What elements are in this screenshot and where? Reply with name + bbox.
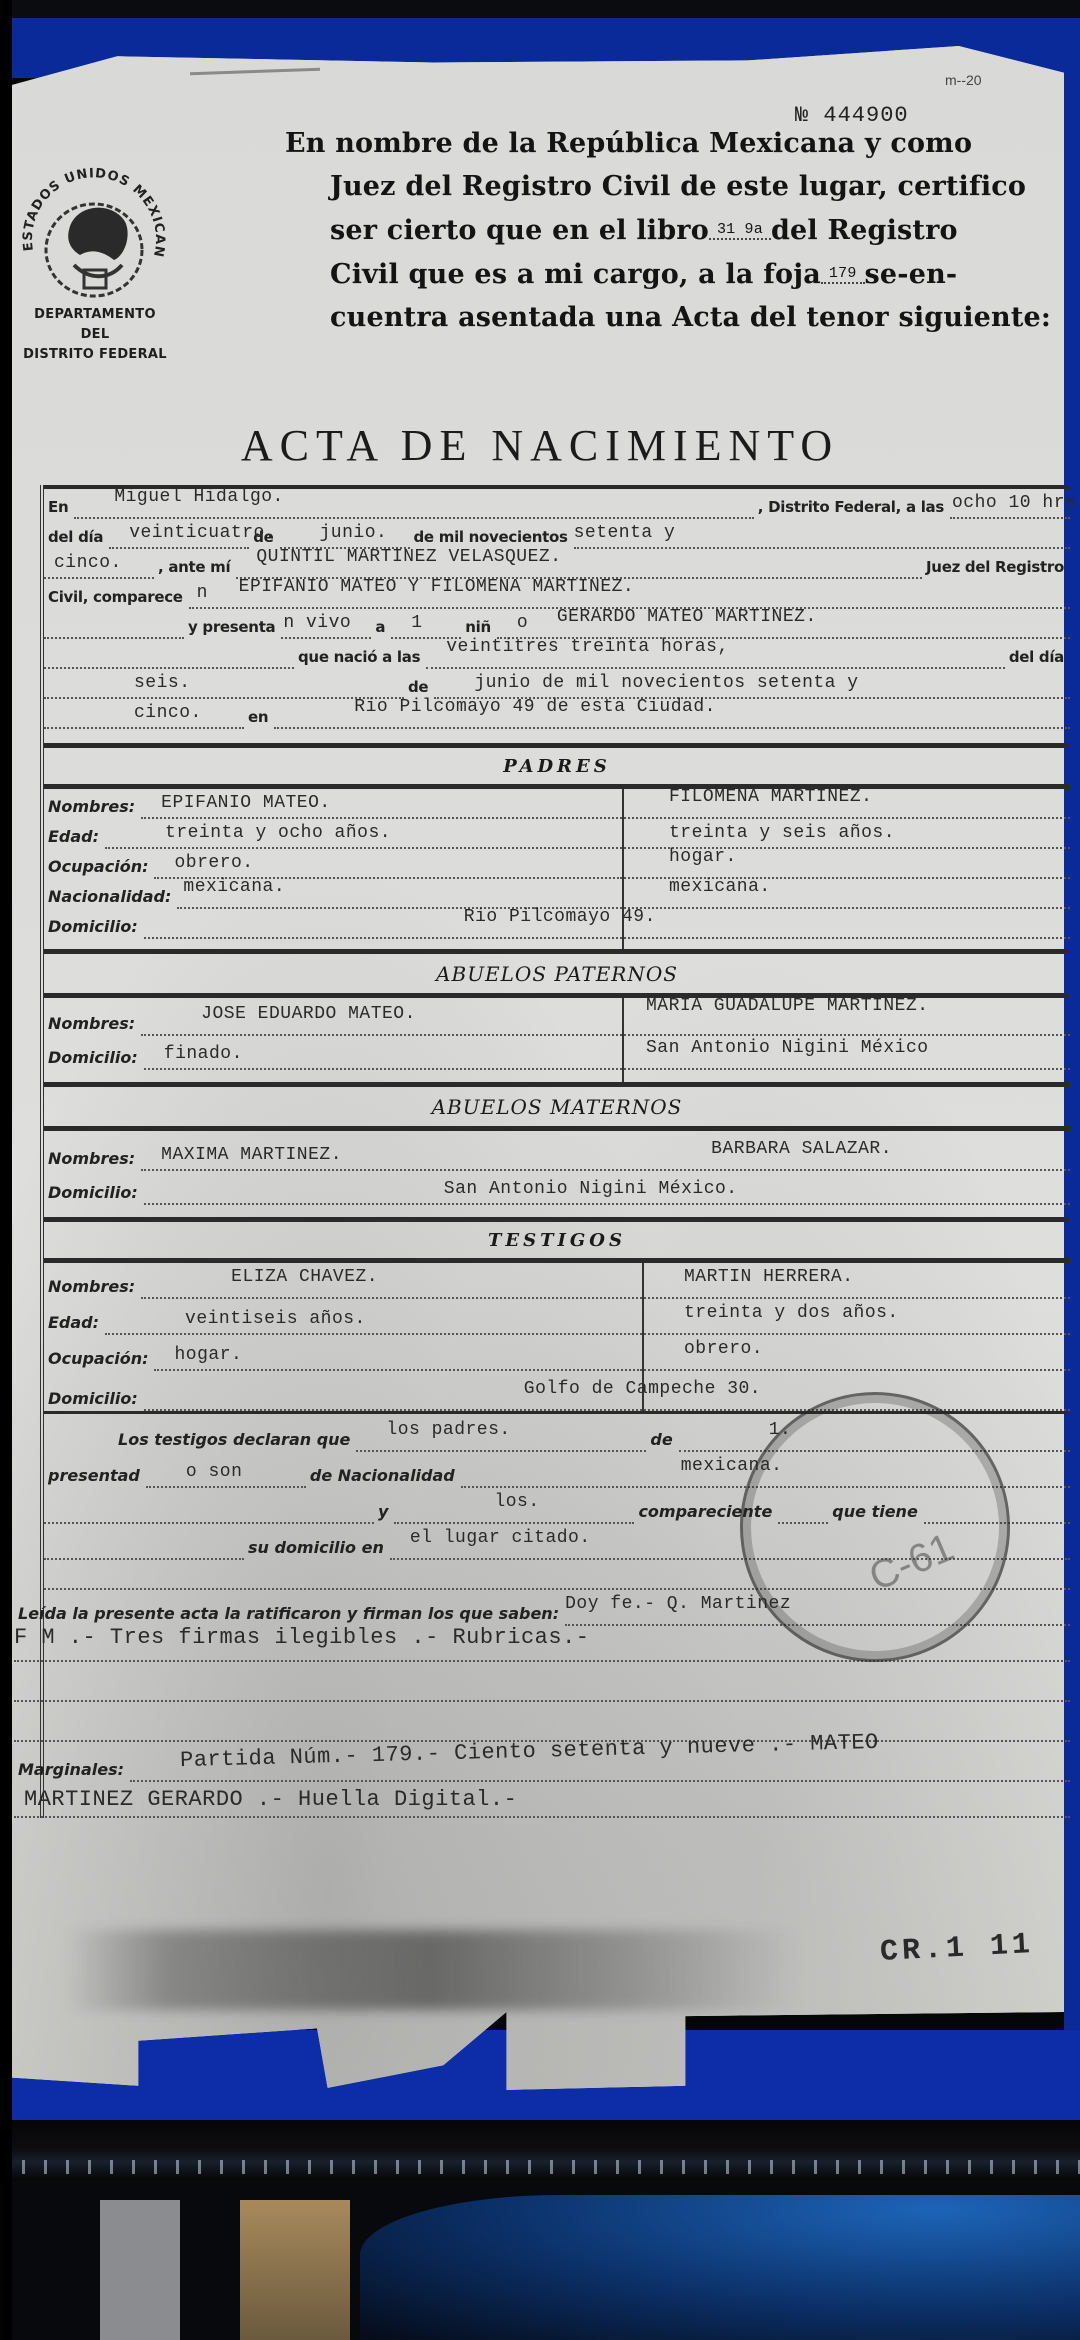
- row-hora-nacimiento: que nació a las veintitres treinta horas…: [44, 639, 1070, 669]
- libro-value: 31 9a: [709, 221, 771, 240]
- row-marginales-2: MARTINEZ GERARDO .- Huella Digital.-: [14, 1782, 1070, 1818]
- department-label: DEPARTAMENTO DEL DISTRITO FEDERAL: [0, 305, 190, 365]
- row-lugar: En Miguel Hidalgo. , Distrito Federal, a…: [44, 489, 1070, 519]
- intro-paragraph: En nombre de la República Mexicana y com…: [285, 122, 1045, 339]
- comparecientes-value: EPIFANIO MATEO Y FILOMENA MARTINEZ.: [239, 577, 635, 597]
- background-grey-object: [100, 2200, 180, 2340]
- row-dia-registro: del día veinticuatro. de junio. de mil n…: [44, 519, 1070, 549]
- background-rail-highlights: [0, 2160, 1080, 2174]
- mexican-coat-of-arms-seal-icon: ESTADOS UNIDOS MEXICANOS: [14, 160, 174, 310]
- padre-nombre: EPIFANIO MATEO.: [161, 793, 331, 813]
- background-wood-object: [240, 2200, 350, 2340]
- section-testigos: TESTIGOS: [44, 1217, 1070, 1263]
- corner-note: m--20: [945, 72, 982, 88]
- row-presenta: y presenta n vivo a 1 niñ oGERARDO MATEO…: [44, 609, 1070, 639]
- row-fecha-nacimiento: seis. de junio de mil novecientos setent…: [44, 669, 1070, 699]
- section-padres: PADRES: [44, 743, 1070, 789]
- section-abuelos-maternos: ABUELOS MATERNOS: [44, 1082, 1070, 1131]
- madre-nombre: FILOMENA MARTINEZ.: [669, 787, 872, 807]
- testigos-table: Nombres:ELIZA CHAVEZ. Edad:veintiseis añ…: [44, 1263, 1070, 1411]
- section-abuelos-paternos: ABUELOS PATERNOS: [44, 949, 1070, 998]
- row-comparece: Civil, comparece nEPIFANIO MATEO Y FILOM…: [44, 579, 1070, 609]
- lugar-nacimiento-value: Rio Pilcomayo 49 de esta Ciudad.: [354, 697, 716, 717]
- abuelos-maternos-table: Nombres: MAXIMA MARTINEZ. BARBARA SALAZA…: [44, 1131, 1070, 1205]
- row-marginales: Marginales: Partida Núm.- 179.- Ciento s…: [14, 1742, 1070, 1782]
- padres-table: Nombres:EPIFANIO MATEO. Edad:treinta y o…: [44, 789, 1070, 949]
- row-juez: cinco. , ante mí QUINTIL MARTINEZ VELASQ…: [44, 549, 1070, 579]
- document-title: ACTA DE NACIMIENTO: [0, 420, 1080, 471]
- juez-value: QUINTIL MARTINEZ VELASQUEZ.: [256, 547, 561, 567]
- registrado-value: GERARDO MATEO MARTINEZ.: [557, 607, 817, 627]
- foja-value: 179: [821, 265, 865, 284]
- background-left-edge: [0, 0, 12, 2340]
- lugar-value: Miguel Hidalgo.: [114, 487, 284, 507]
- hora-registro-value: ocho 10 hrs.: [952, 493, 1080, 513]
- row-lugar-nacimiento: cinco. en Rio Pilcomayo 49 de esta Ciuda…: [44, 699, 1070, 729]
- background-blue-fabric: [360, 2195, 1080, 2340]
- abuelos-paternos-table: Nombres:JOSE EDUARDO MATEO. Domicilio:fi…: [44, 998, 1070, 1082]
